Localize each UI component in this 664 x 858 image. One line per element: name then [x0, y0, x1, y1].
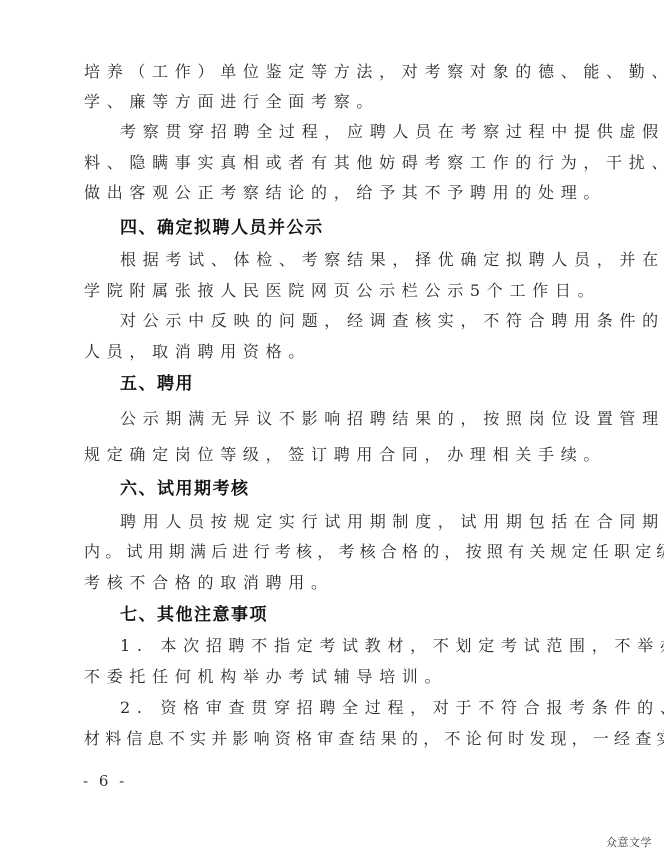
- text-line: 考核不合格的取消聘用。: [84, 573, 604, 593]
- section-heading-4: 四、确定拟聘人员并公示: [120, 218, 640, 238]
- text-line: 学、廉等方面进行全面考察。: [84, 92, 604, 112]
- document-page: 培养（工作）单位鉴定等方法，对考察对象的德、能、勤、绩、 学、廉等方面进行全面考…: [0, 0, 664, 858]
- text-line: 规定确定岗位等级，签订聘用合同，办理相关手续。: [84, 445, 604, 465]
- page-number: - 6 -: [83, 771, 127, 791]
- text-line: 内。试用期满后进行考核，考核合格的，按照有关规定任职定级；: [84, 542, 604, 562]
- text-line: 公示期满无异议不影响招聘结果的，按照岗位设置管理有关: [120, 409, 640, 429]
- text-line: 1. 本次招聘不指定考试教材，不划定考试范围，不举办、也: [120, 636, 640, 656]
- text-line: 材料信息不实并影响资格审查结果的，不论何时发现，一经查实，: [84, 729, 604, 749]
- text-line: 对公示中反映的问题，经调查核实，不符合聘用条件的拟聘: [120, 311, 640, 331]
- text-line: 2. 资格审查贯穿招聘全过程，对于不符合报考条件的、相关: [120, 698, 640, 718]
- section-heading-6: 六、试用期考核: [120, 479, 640, 499]
- text-line: 做出客观公正考察结论的，给予其不予聘用的处理。: [84, 183, 604, 203]
- section-heading-5: 五、聘用: [120, 374, 640, 394]
- text-line: 料、隐瞒事实真相或者有其他妨碍考察工作的行为，干扰、影响: [84, 153, 604, 173]
- text-line: 聘用人员按规定实行试用期制度，试用期包括在合同期限: [120, 512, 640, 532]
- section-heading-7: 七、其他注意事项: [120, 605, 640, 625]
- text-line: 不委托任何机构举办考试辅导培训。: [84, 667, 604, 687]
- text-line: 学院附属张掖人民医院网页公示栏公示5个工作日。: [84, 281, 604, 301]
- watermark: 众意文学: [606, 836, 652, 850]
- text-line: 考察贯穿招聘全过程，应聘人员在考察过程中提供虚假材: [120, 122, 640, 142]
- text-line: 根据考试、体检、考察结果，择优确定拟聘人员，并在河西: [120, 250, 640, 270]
- text-line: 培养（工作）单位鉴定等方法，对考察对象的德、能、勤、绩、: [84, 62, 604, 82]
- text-line: 人员，取消聘用资格。: [84, 342, 604, 362]
